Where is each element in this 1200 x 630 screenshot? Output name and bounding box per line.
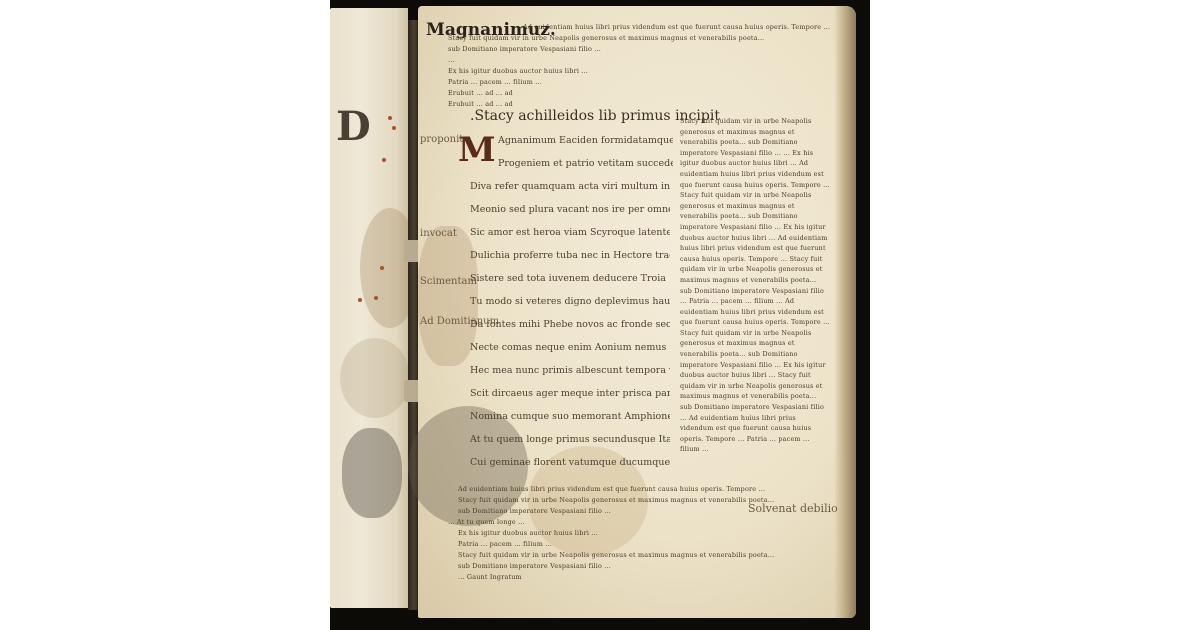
verse-line: Nomina cumque suo memorant Amphione Theb… <box>470 410 670 425</box>
commentary-column: Stacy fuit quidam vir in urbe Neapolis g… <box>680 116 830 455</box>
commentary-line: sub Domitiano imperatore Vespasiani fili… <box>448 44 833 55</box>
ink-spot <box>374 296 378 300</box>
commentary-line: ... <box>448 55 833 66</box>
margin-note: Scimentam <box>420 276 477 287</box>
verse-line: Scit dircaeus ager meque inter prisca pa… <box>470 387 670 402</box>
commentary-line: ... Gaunt Ingratum <box>458 572 828 583</box>
page-edge <box>834 6 856 618</box>
margin-note: invocat <box>420 228 457 239</box>
commentary-line: Erubuit ... ad ... ad <box>448 88 833 99</box>
verse-line: Sic amor est heroa viam Scyroque latente… <box>470 226 670 241</box>
commentary-line: sub Domitiano imperatore Vespasiani fili… <box>458 561 828 572</box>
commentary-line: Ad euidentiam huius libri prius videndum… <box>458 484 828 495</box>
commentary-line: Ad euidentiam huius libri prius videndum… <box>523 22 833 33</box>
margin-note: proponit <box>420 134 463 145</box>
verse-line: Cui geminae florent vatumque ducumque <box>470 456 670 471</box>
verse-line: Meonio sed plura vacant nos ire per omne… <box>470 203 670 218</box>
dark-stain <box>342 428 402 518</box>
illuminated-initial: M <box>458 132 494 168</box>
verse-line: Da fontes mihi Phebe novos ac fronde sec… <box>470 318 670 333</box>
verse-line: Diva refer quamquam acta viri multum inc… <box>470 180 670 195</box>
verse-line: Tu modo si veteres digno deplevimus haus… <box>470 295 670 310</box>
water-stain <box>418 226 478 366</box>
ink-spot <box>358 298 362 302</box>
commentary-line: Stacy fuit quidam vir in urbe Neapolis g… <box>448 33 833 44</box>
water-stain <box>340 338 410 418</box>
commentary-line: Patria ... pacem ... filium ... <box>458 539 828 550</box>
ink-spot <box>382 158 386 162</box>
right-page: Magnanimuz. Ad euidentiam huius libri pr… <box>418 6 856 618</box>
commentary-line: ... At tu quem longe ... <box>448 517 828 528</box>
left-page-letter: D <box>336 103 371 150</box>
commentary-line: Ex his igitur duobus auctor huius libri … <box>458 528 828 539</box>
manuscript-photo: D Magnanimuz. Ad euidentiam huius libri … <box>330 0 870 630</box>
commentary-line: Ex his igitur duobus auctor huius libri … <box>448 66 833 77</box>
ink-spot <box>388 116 392 120</box>
commentary-line: Stacy fuit quidam vir in urbe Neapolis g… <box>458 550 828 561</box>
verse-line: At tu quem longe primus secundusque Ital… <box>470 433 670 448</box>
margin-note: Ad Domitianum <box>420 316 499 327</box>
highlighted-phrase: Solvenat debilio <box>748 502 838 515</box>
verse-line: Agnanimum Eaciden formidatamque tonanti <box>498 134 673 149</box>
left-page: D <box>330 8 408 608</box>
verse-line: Necte comas neque enim Aonium nemus adve… <box>470 341 670 356</box>
verse-line: Progeniem et patrio vetitam succedere ce… <box>498 157 673 172</box>
verse-line: Hec mea nunc primis albescunt tempora vi… <box>470 364 670 379</box>
ink-spot <box>380 266 384 270</box>
verse-line: Dulichia proferre tuba nec in Hectore tr… <box>470 249 670 264</box>
commentary-line: Patria ... pacem ... filium ... <box>448 77 833 88</box>
commentary-text: ... <box>783 149 790 157</box>
ink-spot <box>392 126 396 130</box>
commentary-text: Patria ... pacem ... filium ... <box>689 297 783 305</box>
verse-line: Sistere sed tota iuvenem deducere Troia <box>470 272 670 287</box>
